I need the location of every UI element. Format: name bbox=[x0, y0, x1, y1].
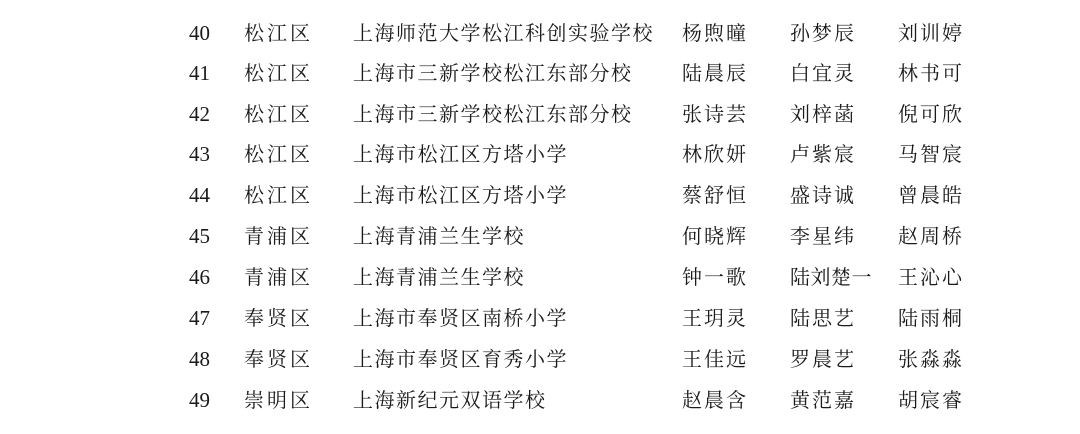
student-name-2: 黄范嘉 bbox=[790, 380, 856, 420]
student-name-2: 卢紫宸 bbox=[790, 134, 856, 174]
student-name-2: 白宜灵 bbox=[790, 53, 856, 93]
district: 松江区 bbox=[244, 94, 313, 134]
row-number: 43 bbox=[189, 134, 210, 174]
student-name-2: 陆思艺 bbox=[790, 298, 856, 338]
student-name-2: 陆刘楚一 bbox=[790, 257, 872, 297]
student-name-2: 李星纬 bbox=[790, 216, 856, 256]
row-number: 47 bbox=[189, 298, 210, 338]
table-row: 46 青浦区 上海青浦兰生学校 钟一歌 陆刘楚一 王沁心 bbox=[0, 257, 1080, 297]
student-name-3: 曾晨皓 bbox=[898, 175, 964, 215]
table-row: 48 奉贤区 上海市奉贤区育秀小学 王佳远 罗晨艺 张淼淼 bbox=[0, 339, 1080, 379]
row-number: 49 bbox=[189, 380, 210, 420]
district: 青浦区 bbox=[244, 257, 313, 297]
student-name-1: 张诗芸 bbox=[682, 94, 748, 134]
table-row: 47 奉贤区 上海市奉贤区南桥小学 王玥灵 陆思艺 陆雨桐 bbox=[0, 298, 1080, 338]
row-number: 42 bbox=[189, 94, 210, 134]
district: 奉贤区 bbox=[244, 298, 313, 338]
student-name-2: 罗晨艺 bbox=[790, 339, 856, 379]
student-name-1: 何晓辉 bbox=[682, 216, 748, 256]
student-name-2: 刘梓菡 bbox=[790, 94, 856, 134]
district: 松江区 bbox=[244, 13, 313, 53]
district: 奉贤区 bbox=[244, 339, 313, 379]
table-row: 43 松江区 上海市松江区方塔小学 林欣妍 卢紫宸 马智宸 bbox=[0, 134, 1080, 174]
table-row: 42 松江区 上海市三新学校松江东部分校 张诗芸 刘梓菡 倪可欣 bbox=[0, 94, 1080, 134]
district: 崇明区 bbox=[244, 380, 313, 420]
district: 松江区 bbox=[244, 175, 313, 215]
student-name-3: 张淼淼 bbox=[898, 339, 964, 379]
student-name-1: 王玥灵 bbox=[682, 298, 748, 338]
row-number: 44 bbox=[189, 175, 210, 215]
row-number: 45 bbox=[189, 216, 210, 256]
student-name-3: 刘训婷 bbox=[898, 13, 964, 53]
student-name-2: 盛诗诚 bbox=[790, 175, 856, 215]
student-name-3: 马智宸 bbox=[898, 134, 964, 174]
row-number: 40 bbox=[189, 13, 210, 53]
student-name-3: 倪可欣 bbox=[898, 94, 964, 134]
student-name-3: 林书可 bbox=[898, 53, 964, 93]
school-name: 上海市奉贤区育秀小学 bbox=[353, 339, 568, 379]
table-row: 44 松江区 上海市松江区方塔小学 蔡舒恒 盛诗诚 曾晨皓 bbox=[0, 175, 1080, 215]
student-name-1: 赵晨含 bbox=[682, 380, 748, 420]
student-name-1: 陆晨辰 bbox=[682, 53, 748, 93]
school-name: 上海市松江区方塔小学 bbox=[353, 175, 568, 215]
school-name: 上海市奉贤区南桥小学 bbox=[353, 298, 568, 338]
table-row: 45 青浦区 上海青浦兰生学校 何晓辉 李星纬 赵周桥 bbox=[0, 216, 1080, 256]
school-name: 上海青浦兰生学校 bbox=[353, 257, 525, 297]
school-name: 上海市三新学校松江东部分校 bbox=[353, 53, 633, 93]
school-name: 上海市松江区方塔小学 bbox=[353, 134, 568, 174]
table-row: 40 松江区 上海师范大学松江科创实验学校 杨煦曈 孙梦辰 刘训婷 bbox=[0, 13, 1080, 53]
student-name-3: 胡宸睿 bbox=[898, 380, 964, 420]
school-name: 上海市三新学校松江东部分校 bbox=[353, 94, 633, 134]
district: 青浦区 bbox=[244, 216, 313, 256]
district: 松江区 bbox=[244, 134, 313, 174]
row-number: 48 bbox=[189, 339, 210, 379]
student-name-1: 王佳远 bbox=[682, 339, 748, 379]
student-name-1: 林欣妍 bbox=[682, 134, 748, 174]
school-name: 上海师范大学松江科创实验学校 bbox=[353, 13, 654, 53]
row-number: 46 bbox=[189, 257, 210, 297]
student-name-3: 赵周桥 bbox=[898, 216, 964, 256]
student-name-1: 钟一歌 bbox=[682, 257, 748, 297]
row-number: 41 bbox=[189, 53, 210, 93]
school-name: 上海青浦兰生学校 bbox=[353, 216, 525, 256]
district: 松江区 bbox=[244, 53, 313, 93]
student-name-1: 蔡舒恒 bbox=[682, 175, 748, 215]
student-name-3: 王沁心 bbox=[898, 257, 964, 297]
table-row: 41 松江区 上海市三新学校松江东部分校 陆晨辰 白宜灵 林书可 bbox=[0, 53, 1080, 93]
table-row: 49 崇明区 上海新纪元双语学校 赵晨含 黄范嘉 胡宸睿 bbox=[0, 380, 1080, 420]
student-name-2: 孙梦辰 bbox=[790, 13, 856, 53]
student-name-3: 陆雨桐 bbox=[898, 298, 964, 338]
school-name: 上海新纪元双语学校 bbox=[353, 380, 547, 420]
student-name-1: 杨煦曈 bbox=[682, 13, 748, 53]
